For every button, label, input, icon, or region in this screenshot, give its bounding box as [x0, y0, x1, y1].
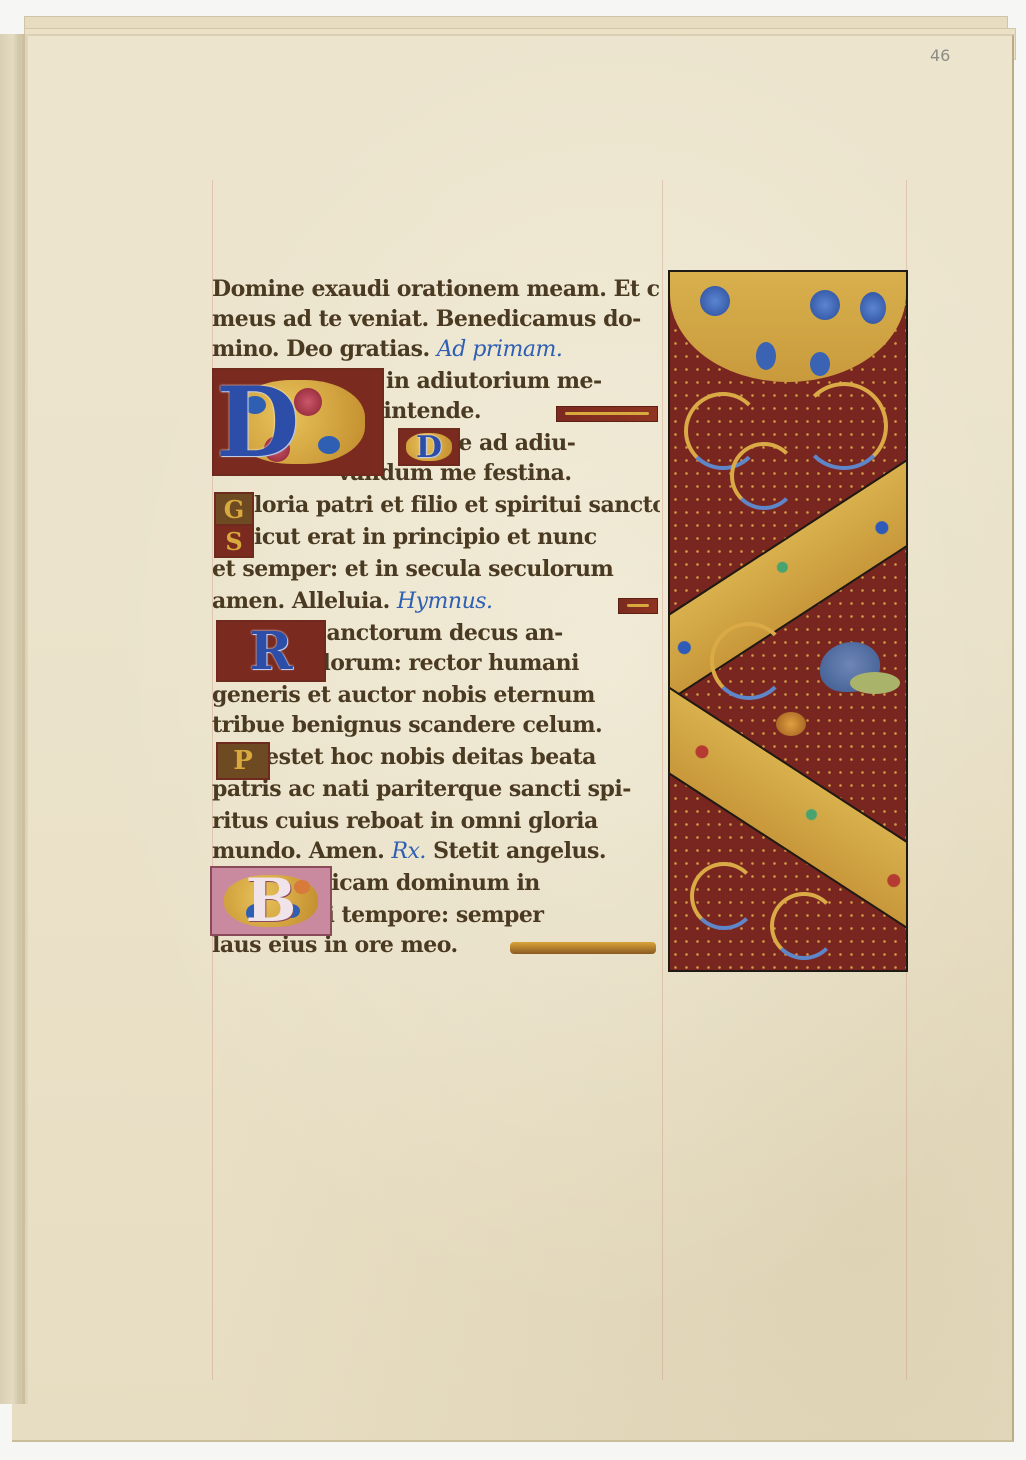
illuminated-border	[668, 270, 908, 972]
illuminated-initial-d: D	[212, 368, 384, 476]
text-line: mino. Deo gratias. Ad primam.	[212, 334, 660, 364]
green-mound	[850, 672, 900, 694]
text-line: generis et auctor nobis eternum	[212, 680, 660, 710]
rubric-text: Rx.	[391, 839, 425, 864]
text-line: ritus cuius reboat in omni gloria	[212, 806, 660, 836]
acanthus-scroll	[800, 382, 888, 470]
text-line: tribue benignus scandere celum.	[212, 710, 660, 740]
text-line: et semper: et in secula seculorum	[212, 554, 660, 584]
acanthus-scroll	[690, 862, 758, 930]
blue-flower-icon	[700, 286, 730, 316]
text-line: eus in adiutorium me-	[338, 366, 658, 396]
text-line: restet hoc nobis deitas beata	[254, 742, 660, 772]
text-line: gelorum: rector humani	[294, 648, 660, 678]
initial-letter: B	[212, 868, 330, 934]
initial-s: S	[214, 524, 254, 558]
initial-p: P	[216, 742, 270, 780]
initial-letter: R	[218, 622, 324, 680]
blue-bud-icon	[756, 342, 776, 370]
blue-bud-icon	[810, 352, 830, 376]
text-line: loria patri et filio et spiritui sancto.	[254, 490, 660, 520]
text-line: amen. Alleluia. Hymnus.	[212, 586, 660, 616]
creature-head	[776, 712, 806, 736]
initial-letter: P	[218, 744, 268, 778]
rubric-text: Hymnus.	[397, 589, 493, 614]
initial-g: G	[214, 492, 254, 526]
text-line: patris ac nati pariterque sancti spi-	[212, 774, 660, 804]
initial-letter: S	[216, 526, 252, 556]
acanthus-scroll	[770, 892, 838, 960]
acanthus-scroll	[730, 442, 798, 510]
text-line: meus ad te veniat. Benedicamus do-	[212, 304, 660, 334]
acanthus-scroll	[710, 622, 788, 700]
blue-flower-icon	[810, 290, 840, 320]
text-line: mundo. Amen. Rx. Stetit angelus.	[212, 836, 660, 866]
text-line: vandum me festina.	[338, 458, 658, 488]
text-line: icut erat in principio et nunc	[254, 522, 660, 552]
ruling-line	[662, 180, 663, 1380]
initial-d: D	[398, 428, 460, 466]
branch-line-filler	[510, 942, 656, 954]
line-filler	[618, 598, 658, 614]
illuminated-initial-r: R	[216, 620, 326, 682]
text-line: e sanctorum decus an-	[294, 618, 660, 648]
text-line: Domine exaudi orationem meam. Et clamor	[212, 274, 660, 304]
illuminated-initial-b: B	[210, 866, 332, 936]
line-filler	[556, 406, 658, 422]
folio-number: 46	[930, 46, 950, 65]
gutter-fold	[22, 34, 25, 1404]
rubric-text: Ad primam.	[437, 337, 562, 362]
blue-flower-icon	[860, 292, 886, 324]
initial-letter: D	[214, 370, 382, 474]
initial-letter: G	[216, 494, 252, 524]
initial-letter: D	[400, 430, 458, 464]
